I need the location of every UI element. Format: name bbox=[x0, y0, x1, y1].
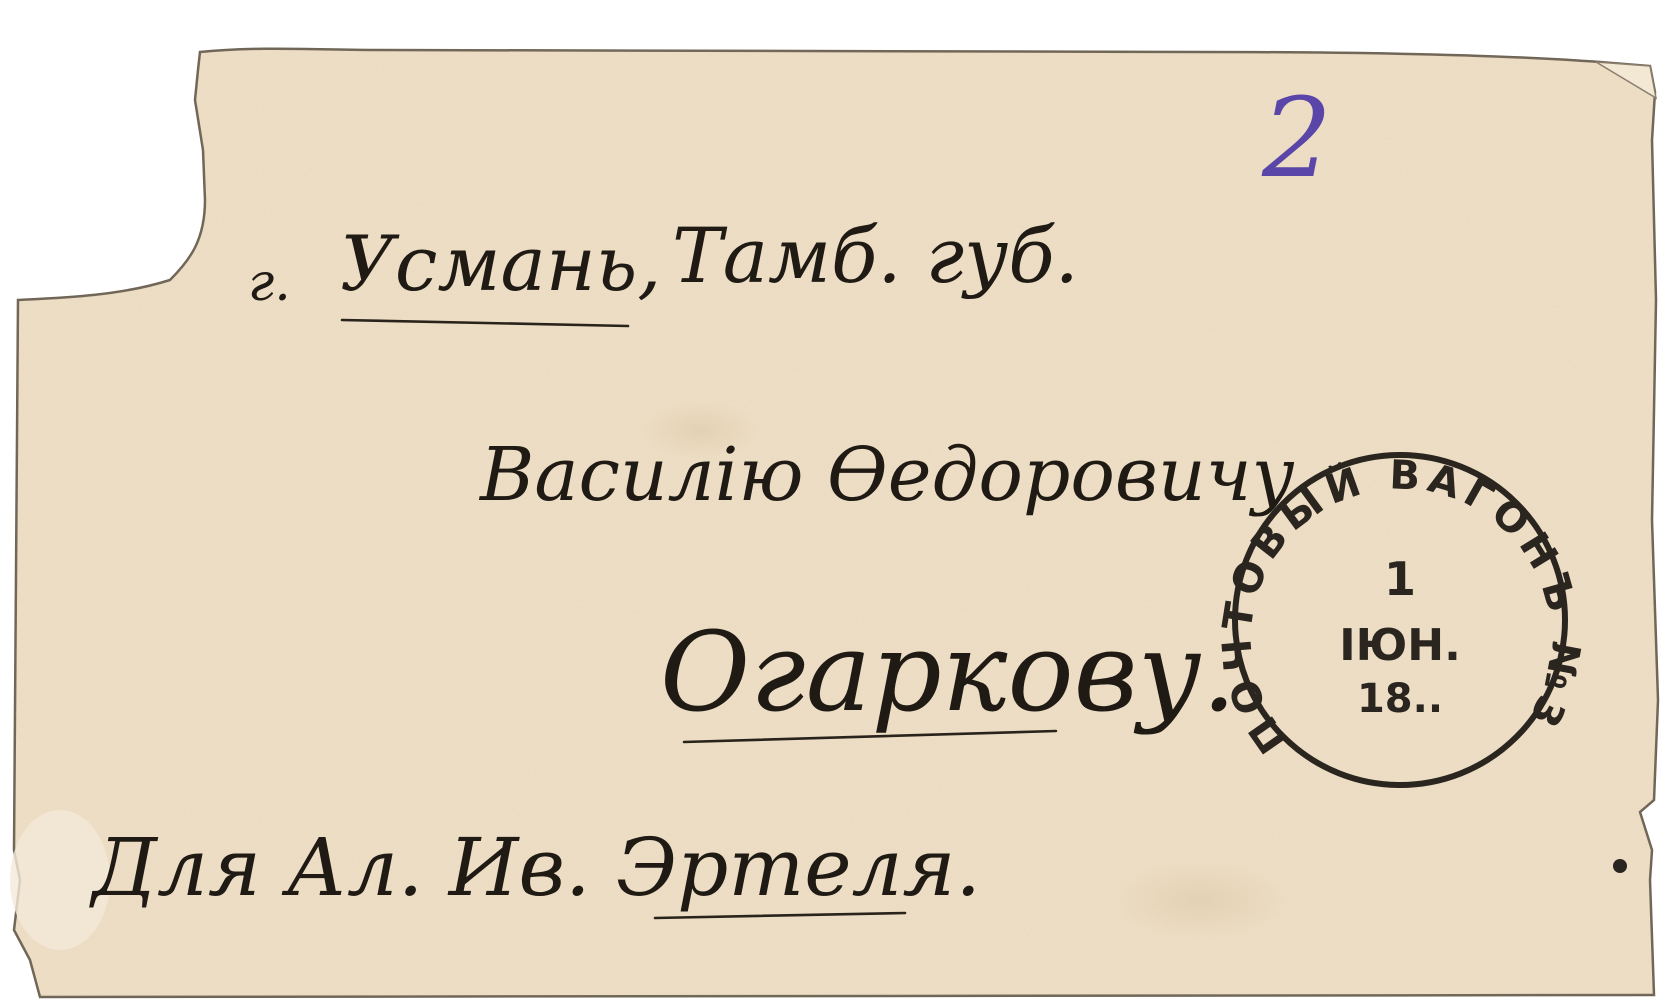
recipient-surname: Огаркову. bbox=[660, 608, 1236, 736]
postmark-month: ІЮН. bbox=[1339, 620, 1461, 671]
postmark-day: 1 bbox=[1384, 552, 1416, 606]
ink-spot bbox=[1613, 859, 1627, 873]
envelope: 2 г. Усмань, Тамб. губ. Василію Ѳедорови… bbox=[0, 0, 1674, 1001]
address-line-3: Огаркову. bbox=[660, 608, 1236, 742]
address-line-2: Василію Ѳедоровичу bbox=[478, 432, 1295, 518]
city-name: Усмань, bbox=[340, 219, 661, 308]
corner-number: 2 bbox=[1261, 74, 1332, 202]
address-line-4: Для Ал. Ив. Эртеля. bbox=[89, 821, 981, 918]
region-name: Тамб. губ. bbox=[672, 211, 1079, 300]
forwarding-note: Для Ал. Ив. Эртеля. bbox=[89, 821, 981, 914]
city-prefix: г. bbox=[248, 253, 291, 313]
postmark-year: 18.. bbox=[1357, 676, 1443, 722]
